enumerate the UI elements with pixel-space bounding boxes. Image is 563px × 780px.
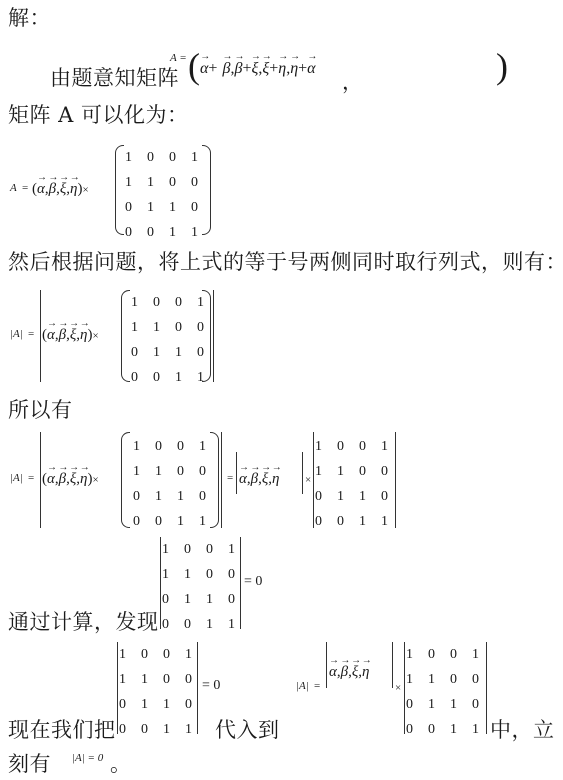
matrix-cell: 1 [337, 459, 359, 484]
matrix-cell: 0 [125, 220, 147, 245]
matrix-cell: 1 [155, 459, 177, 484]
matrix-cell: 1 [125, 145, 147, 170]
line1-prefix: 由题意知矩阵 [50, 66, 179, 90]
matrix-cell: 1 [162, 562, 184, 587]
line2-text: 矩阵 A 可以化为： [8, 103, 189, 127]
matrix-cell: 1 [450, 692, 472, 717]
matrix-cell: 0 [163, 667, 185, 692]
matrix-cell: 0 [147, 145, 169, 170]
solution-heading: 解： [8, 6, 51, 30]
matrix-cell: 0 [206, 537, 228, 562]
line5-prefix: 通过计算，发现 [8, 610, 159, 634]
matrix-cell: 1 [197, 365, 219, 390]
matrix-cell: 0 [450, 642, 472, 667]
matrix-cell: 0 [184, 537, 206, 562]
matrix-cell: 1 [169, 195, 191, 220]
matrix-cell: 1 [428, 692, 450, 717]
matrix-cell: 0 [177, 434, 199, 459]
line1-suffix: ， [342, 70, 364, 94]
matrix-cell: 1 [163, 717, 185, 742]
matrix-cell: 1 [191, 145, 213, 170]
matrix-cell: 1 [119, 642, 141, 667]
matrix-cell: 1 [206, 587, 228, 612]
matrix-cell: 0 [191, 170, 213, 195]
matrix-cell: 1 [381, 434, 403, 459]
matrix-cell: 1 [315, 434, 337, 459]
matrix-cell: 0 [133, 484, 155, 509]
matrix-cell: 1 [177, 484, 199, 509]
formula-A-definition: A = ( α+ β,β+ξ,ξ+η,η+α ) [168, 44, 368, 88]
matrix-cell: 0 [315, 509, 337, 534]
matrix-cell: 1 [175, 365, 197, 390]
matrix-cell: 0 [472, 692, 494, 717]
matrix-cell: 0 [162, 587, 184, 612]
formula-target: |A| = α,β,ξ,η × 1001110001100011 [294, 642, 494, 734]
det-vectors: α,β,ξ,η [236, 452, 304, 494]
line6-mid: 代入到 [215, 718, 280, 742]
matrix-cell: 1 [175, 340, 197, 365]
matrix-cell: 1 [155, 484, 177, 509]
matrix-cell: 1 [185, 717, 207, 742]
matrix-cell: 0 [428, 717, 450, 742]
matrix-cell: 1 [162, 537, 184, 562]
matrix-cell: 0 [153, 290, 175, 315]
matrix-cell: 0 [472, 667, 494, 692]
matrix-cell: 0 [199, 459, 221, 484]
matrix-cell: 0 [184, 612, 206, 637]
matrix-cell: 0 [162, 612, 184, 637]
matrix-cell: 1 [472, 642, 494, 667]
line7-suffix: 。 [110, 752, 132, 776]
matrix-cell: 0 [133, 509, 155, 534]
matrix-cell: 1 [131, 315, 153, 340]
matrix-cell: 0 [141, 642, 163, 667]
matrix-cell: 0 [406, 717, 428, 742]
matrix-cell: 1 [228, 612, 250, 637]
matrix-cell: 1 [191, 220, 213, 245]
matrix-cell: 0 [206, 562, 228, 587]
matrix-cell: 0 [199, 484, 221, 509]
matrix-cell: 0 [141, 717, 163, 742]
matrix-cell: 1 [406, 642, 428, 667]
matrix-cell: 0 [125, 195, 147, 220]
matrix-cell: 0 [359, 434, 381, 459]
matrix-cell: 1 [197, 290, 219, 315]
formula-det-product: |A| = (α,β,ξ,η)× 1001110001100011 = α,β,… [8, 432, 398, 528]
matrix-cell: 1 [119, 667, 141, 692]
matrix-cell: 0 [197, 315, 219, 340]
matrix-cell: 0 [153, 365, 175, 390]
det-M-result: 1001110001100011 [160, 537, 242, 629]
matrix-cell: 0 [119, 717, 141, 742]
vec-eta: η [278, 60, 286, 78]
matrix-entries: 1001110001100011 [131, 290, 219, 390]
matrix-cell: 0 [337, 434, 359, 459]
matrix-cell: 1 [125, 170, 147, 195]
matrix-cell: 0 [450, 667, 472, 692]
matrix-cell: 1 [199, 434, 221, 459]
matrix-cell: 0 [359, 459, 381, 484]
matrix-cell: 1 [185, 642, 207, 667]
matrix-cell: 1 [163, 692, 185, 717]
matrix-cell: 0 [155, 509, 177, 534]
matrix-cell: 1 [169, 220, 191, 245]
matrix-cell: 0 [119, 692, 141, 717]
matrix-cell: 1 [337, 484, 359, 509]
matrix-cell: 0 [428, 642, 450, 667]
matrix-cell: 0 [131, 365, 153, 390]
matrix-entries: 1001110001100011 [125, 145, 213, 245]
matrix-cell: 1 [450, 717, 472, 742]
matrix-cell: 0 [228, 587, 250, 612]
formula-A-factorization: A = (α,β,ξ,η)× 1001110001100011 [8, 145, 218, 235]
matrix-entries: 1001110001100011 [162, 537, 250, 637]
matrix-cell: 0 [131, 340, 153, 365]
matrix-cell: 0 [155, 434, 177, 459]
matrix-cell: 0 [185, 692, 207, 717]
vec-beta: β [223, 60, 231, 78]
matrix-cell: 1 [381, 509, 403, 534]
matrix-cell: 0 [315, 484, 337, 509]
matrix-cell: 1 [141, 692, 163, 717]
vec-alpha: α [200, 60, 208, 78]
matrix-cell: 0 [147, 220, 169, 245]
matrix-cell: 0 [175, 290, 197, 315]
line4-text: 所以有 [8, 398, 73, 422]
matrix-cell: 0 [381, 459, 403, 484]
vec-xi: ξ [252, 60, 259, 78]
line3-text: 然后根据问题，将上式的等于号两侧同时取行列式，则有： [8, 250, 563, 274]
det-matrix-M: 1001110001100011 [313, 432, 397, 528]
matrix-cell: 1 [359, 509, 381, 534]
matrix-entries: 1001110001100011 [133, 434, 221, 534]
matrix-cell: 1 [153, 315, 175, 340]
matrix-cell: 1 [131, 290, 153, 315]
matrix-cell: 0 [381, 484, 403, 509]
matrix-cell: 1 [147, 170, 169, 195]
matrix-cell: 0 [197, 340, 219, 365]
matrix-entries: 1001110001100011 [315, 434, 403, 534]
line6-prefix: 现在我们把 [8, 718, 116, 742]
matrix-cell: 0 [406, 692, 428, 717]
matrix-entries: 1001110001100011 [119, 642, 207, 742]
matrix-cell: 1 [147, 195, 169, 220]
matrix-cell: 1 [184, 587, 206, 612]
matrix-cell: 1 [359, 484, 381, 509]
matrix-entries: 1001110001100011 [406, 642, 494, 742]
matrix-cell: 0 [163, 642, 185, 667]
matrix-cell: 0 [177, 459, 199, 484]
matrix-cell: 1 [406, 667, 428, 692]
matrix-cell: 1 [153, 340, 175, 365]
matrix-cell: 1 [141, 667, 163, 692]
det-M-substitute: 1001110001100011 [117, 642, 199, 734]
matrix-cell: 1 [228, 537, 250, 562]
matrix-cell: 1 [206, 612, 228, 637]
matrix-cell: 0 [337, 509, 359, 534]
matrix-cell: 0 [191, 195, 213, 220]
matrix-M: 1001110001100011 [115, 145, 211, 235]
det-A-equals-zero: |A| = 0 [72, 752, 103, 764]
matrix-cell: 0 [169, 170, 191, 195]
matrix-cell: 1 [428, 667, 450, 692]
matrix-cell: 0 [169, 145, 191, 170]
matrix-cell: 1 [315, 459, 337, 484]
matrix-cell: 1 [184, 562, 206, 587]
formula-det-A: |A| = (α,β,ξ,η)× 1001110001100011 [8, 290, 228, 382]
matrix-cell: 1 [133, 459, 155, 484]
line6-suffix: 中，立 [490, 718, 555, 742]
line7-prefix: 刻有 [8, 752, 51, 776]
matrix-cell: 1 [133, 434, 155, 459]
matrix-cell: 1 [199, 509, 221, 534]
matrix-cell: 0 [175, 315, 197, 340]
matrix-cell: 1 [177, 509, 199, 534]
